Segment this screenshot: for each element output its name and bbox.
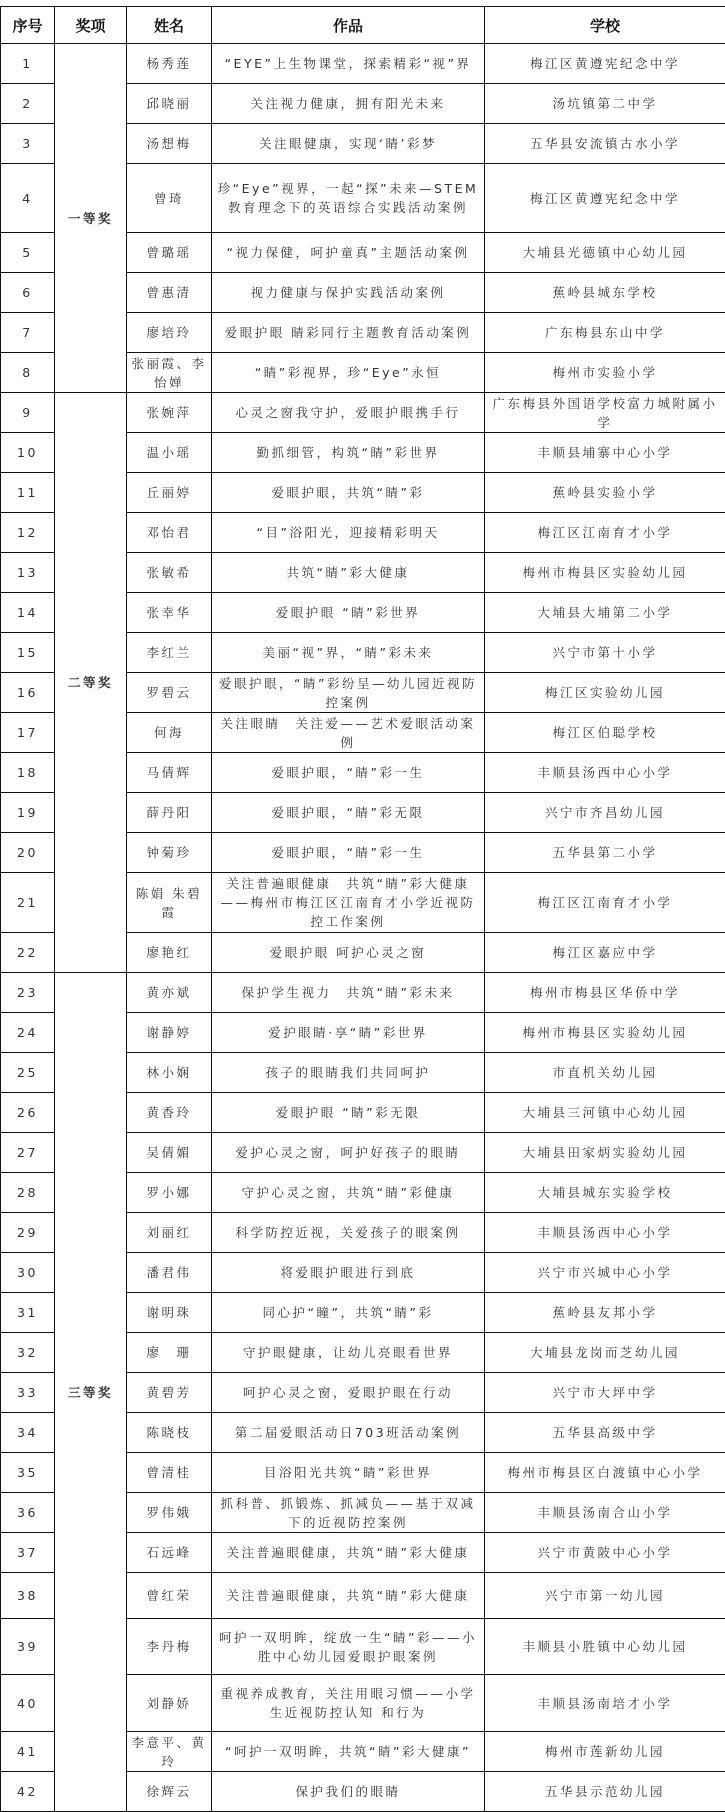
- school-name: 梅江区江南育才小学: [485, 873, 725, 933]
- work-title: 孩子的眼睛我们共同呵护: [212, 1053, 485, 1093]
- work-title: 爱眼护眼，“睛”彩纷呈—幼儿园近视防控案例: [212, 673, 485, 713]
- row-number: 32: [1, 1333, 55, 1373]
- school-name: 丰顺县小胜镇中心幼儿园: [485, 1619, 725, 1675]
- work-title: 守护心灵之窗，共筑“睛”彩健康: [212, 1173, 485, 1213]
- work-title: 爱眼护眼 “睛”彩世界: [212, 593, 485, 633]
- row-number: 41: [1, 1732, 55, 1772]
- author-name: 徐辉云: [127, 1772, 212, 1812]
- row-number: 12: [1, 513, 55, 553]
- row-number: 17: [1, 713, 55, 753]
- school-name: 梅江区黄遵宪纪念中学: [485, 44, 725, 84]
- school-name: 丰顺县汤南培才小学: [485, 1675, 725, 1732]
- school-name: 汤坑镇第二中学: [485, 84, 725, 124]
- work-title: 爱眼护眼 呵护心灵之窗: [212, 933, 485, 973]
- author-name: 丘丽婷: [127, 473, 212, 513]
- row-number: 40: [1, 1675, 55, 1732]
- author-name: 李意平、黄玲: [127, 1732, 212, 1772]
- work-title: 关注普遍眼健康，共筑“睛”彩大健康: [212, 1533, 485, 1573]
- author-name: 谢静婷: [127, 1013, 212, 1053]
- row-number: 5: [1, 233, 55, 273]
- work-title: “视力保健，呵护童真”主题活动案例: [212, 233, 485, 273]
- header-name: 姓名: [127, 7, 212, 44]
- author-name: 陈晓枝: [127, 1413, 212, 1453]
- table-row: 23三等奖黄亦斌保护学生视力 共筑“睛”彩未来梅州市梅县区华侨中学: [1, 973, 725, 1013]
- school-name: 梅江区嘉应中学: [485, 933, 725, 973]
- work-title: 保护我们的眼睛: [212, 1772, 485, 1812]
- author-name: 张敏希: [127, 553, 212, 593]
- work-title: 目浴阳光共筑“睛”彩世界: [212, 1453, 485, 1493]
- author-name: 张丽霞、李怡婵: [127, 353, 212, 393]
- table-body: 1一等奖杨秀莲“EYE”上生物课堂，探索精彩“视”界梅江区黄遵宪纪念中学2邱晓丽…: [1, 44, 725, 1812]
- work-title: 爱眼护眼，“睛”彩一生: [212, 753, 485, 793]
- author-name: 廖培玲: [127, 313, 212, 353]
- work-title: “呵护一双明眸，共筑“睛”彩大健康”: [212, 1732, 485, 1772]
- school-name: 五华县高级中学: [485, 1413, 725, 1453]
- work-title: 第二届爱眼活动日703班活动案例: [212, 1413, 485, 1453]
- school-name: 梅江区江南育才小学: [485, 513, 725, 553]
- work-title: 爱眼护眼，“睛”彩一生: [212, 833, 485, 873]
- row-number: 22: [1, 933, 55, 973]
- author-name: 黄碧芳: [127, 1373, 212, 1413]
- author-name: 曾璐瑶: [127, 233, 212, 273]
- row-number: 13: [1, 553, 55, 593]
- work-title: 抓科普、抓锻炼、抓减负——基于双减下的近视防控案例: [212, 1493, 485, 1533]
- row-number: 29: [1, 1213, 55, 1253]
- school-name: 广东梅县东山中学: [485, 313, 725, 353]
- school-name: 梅江区黄遵宪纪念中学: [485, 164, 725, 233]
- school-name: 梅州市实验小学: [485, 353, 725, 393]
- award-level: 三等奖: [55, 973, 127, 1812]
- author-name: 曾琦: [127, 164, 212, 233]
- row-number: 2: [1, 84, 55, 124]
- author-name: 潘君伟: [127, 1253, 212, 1293]
- row-number: 18: [1, 753, 55, 793]
- row-number: 38: [1, 1573, 55, 1619]
- work-title: 关注普遍眼健康 共筑“睛”彩大健康——梅州市梅江区江南育才小学近视防控工作案例: [212, 873, 485, 933]
- school-name: 兴宁市黄陂中心小学: [485, 1533, 725, 1573]
- school-name: 兴宁市第一幼儿园: [485, 1573, 725, 1619]
- row-number: 15: [1, 633, 55, 673]
- author-name: 杨秀莲: [127, 44, 212, 84]
- row-number: 26: [1, 1093, 55, 1133]
- row-number: 25: [1, 1053, 55, 1093]
- school-name: 五华县第二小学: [485, 833, 725, 873]
- author-name: 张幸华: [127, 593, 212, 633]
- school-name: 大埔县三河镇中心幼儿园: [485, 1093, 725, 1133]
- work-title: 关注普遍眼健康，共筑“睛”彩大健康: [212, 1573, 485, 1619]
- work-title: “目”浴阳光，迎接精彩明天: [212, 513, 485, 553]
- row-number: 28: [1, 1173, 55, 1213]
- school-name: 大埔县城东实验学校: [485, 1173, 725, 1213]
- work-title: 勤抓细管，构筑“睛”彩世界: [212, 433, 485, 473]
- work-title: 美丽“视”界，“睛”彩未来: [212, 633, 485, 673]
- school-name: 丰顺县汤西中心小学: [485, 753, 725, 793]
- author-name: 黄亦斌: [127, 973, 212, 1013]
- table-row: 1一等奖杨秀莲“EYE”上生物课堂，探索精彩“视”界梅江区黄遵宪纪念中学: [1, 44, 725, 84]
- school-name: 蕉岭县友邦小学: [485, 1293, 725, 1333]
- row-number: 34: [1, 1413, 55, 1453]
- work-title: 心灵之窗我守护，爱眼护眼携手行: [212, 393, 485, 433]
- school-name: 丰顺县汤西中心小学: [485, 1213, 725, 1253]
- row-number: 23: [1, 973, 55, 1013]
- work-title: 爱护眼睛·享“睛”彩世界: [212, 1013, 485, 1053]
- header-school: 学校: [485, 7, 725, 44]
- author-name: 廖艳红: [127, 933, 212, 973]
- row-number: 39: [1, 1619, 55, 1675]
- work-title: 重视养成教育，关注用眼习惯——小学生近视防控认知 和行为: [212, 1675, 485, 1732]
- work-title: 呵护一双明眸，绽放一生“睛”彩——小胜中心幼儿园爱眼护眼案例: [212, 1619, 485, 1675]
- row-number: 42: [1, 1772, 55, 1812]
- school-name: 兴宁市大坪中学: [485, 1373, 725, 1413]
- school-name: 大埔县大埔第二小学: [485, 593, 725, 633]
- author-name: 马倩辉: [127, 753, 212, 793]
- author-name: 石远峰: [127, 1533, 212, 1573]
- author-name: 曾清桂: [127, 1453, 212, 1493]
- work-title: 爱眼护眼，“睛”彩无限: [212, 793, 485, 833]
- work-title: 同心护“瞳”，共筑“睛”彩: [212, 1293, 485, 1333]
- row-number: 37: [1, 1533, 55, 1573]
- row-number: 10: [1, 433, 55, 473]
- awards-table: 序号 奖项 姓名 作品 学校 1一等奖杨秀莲“EYE”上生物课堂，探索精彩“视”…: [0, 6, 725, 1812]
- school-name: 广东梅县外国语学校富力城附属小学: [485, 393, 725, 433]
- school-name: 蕉岭县实验小学: [485, 473, 725, 513]
- work-title: 视力健康与保护实践活动案例: [212, 273, 485, 313]
- school-name: 梅州市梅县区白渡镇中心小学: [485, 1453, 725, 1493]
- author-name: 张婉萍: [127, 393, 212, 433]
- row-number: 8: [1, 353, 55, 393]
- row-number: 30: [1, 1253, 55, 1293]
- school-name: 丰顺县汤南合山小学: [485, 1493, 725, 1533]
- work-title: 爱眼护眼 睛彩同行主题教育活动案例: [212, 313, 485, 353]
- author-name: 李红兰: [127, 633, 212, 673]
- school-name: 兴宁市齐昌幼儿园: [485, 793, 725, 833]
- header-row: 序号 奖项 姓名 作品 学校: [1, 7, 725, 44]
- row-number: 36: [1, 1493, 55, 1533]
- author-name: 罗小娜: [127, 1173, 212, 1213]
- row-number: 14: [1, 593, 55, 633]
- school-name: 大埔县龙岗而芝幼儿园: [485, 1333, 725, 1373]
- row-number: 19: [1, 793, 55, 833]
- work-title: “EYE”上生物课堂，探索精彩“视”界: [212, 44, 485, 84]
- work-title: 爱眼护眼 “睛”彩无限: [212, 1093, 485, 1133]
- row-number: 27: [1, 1133, 55, 1173]
- row-number: 31: [1, 1293, 55, 1333]
- author-name: 刘丽红: [127, 1213, 212, 1253]
- row-number: 24: [1, 1013, 55, 1053]
- author-name: 李丹梅: [127, 1619, 212, 1675]
- author-name: 薛丹阳: [127, 793, 212, 833]
- author-name: 廖 珊: [127, 1333, 212, 1373]
- school-name: 兴宁市兴城中心小学: [485, 1253, 725, 1293]
- author-name: 陈娟 朱碧霞: [127, 873, 212, 933]
- author-name: 曾红荣: [127, 1573, 212, 1619]
- school-name: 丰顺县埔寨中心小学: [485, 433, 725, 473]
- author-name: 邓怡君: [127, 513, 212, 553]
- work-title: 关注眼睛 关注爱——艺术爱眼活动案例: [212, 713, 485, 753]
- school-name: 兴宁市第十小学: [485, 633, 725, 673]
- author-name: 汤想梅: [127, 124, 212, 164]
- work-title: 关注视力健康，拥有阳光未来: [212, 84, 485, 124]
- row-number: 35: [1, 1453, 55, 1493]
- school-name: 梅州市梅县区华侨中学: [485, 973, 725, 1013]
- author-name: 曾惠清: [127, 273, 212, 313]
- row-number: 20: [1, 833, 55, 873]
- work-title: 科学防控近视，关爱孩子的眼案例: [212, 1213, 485, 1253]
- header-number: 序号: [1, 7, 55, 44]
- author-name: 钟菊珍: [127, 833, 212, 873]
- school-name: 梅江区伯聪学校: [485, 713, 725, 753]
- author-name: 罗伟娥: [127, 1493, 212, 1533]
- work-title: 共筑“睛”彩大健康: [212, 553, 485, 593]
- work-title: 关注眼健康，实现‘睛’彩梦: [212, 124, 485, 164]
- work-title: 守护眼健康，让幼儿亮眼看世界: [212, 1333, 485, 1373]
- author-name: 何海: [127, 713, 212, 753]
- author-name: 刘静娇: [127, 1675, 212, 1732]
- row-number: 7: [1, 313, 55, 353]
- work-title: 将爱眼护眼进行到底: [212, 1253, 485, 1293]
- work-title: 呵护心灵之窗，爱眼护眼在行动: [212, 1373, 485, 1413]
- school-name: 蕉岭县城东学校: [485, 273, 725, 313]
- header-work: 作品: [212, 7, 485, 44]
- row-number: 3: [1, 124, 55, 164]
- school-name: 市直机关幼儿园: [485, 1053, 725, 1093]
- work-title: 珍“Eye”视界，一起“探”未来—STEM教育理念下的英语综合实践活动案例: [212, 164, 485, 233]
- school-name: 五华县安流镇古水小学: [485, 124, 725, 164]
- award-level: 二等奖: [55, 393, 127, 973]
- school-name: 梅州市莲新幼儿园: [485, 1732, 725, 1772]
- work-title: 保护学生视力 共筑“睛”彩未来: [212, 973, 485, 1013]
- author-name: 黄香玲: [127, 1093, 212, 1133]
- row-number: 6: [1, 273, 55, 313]
- work-title: 爱护心灵之窗，呵护好孩子的眼睛: [212, 1133, 485, 1173]
- row-number: 16: [1, 673, 55, 713]
- row-number: 9: [1, 393, 55, 433]
- school-name: 梅州市梅县区实验幼儿园: [485, 553, 725, 593]
- row-number: 1: [1, 44, 55, 84]
- header-award: 奖项: [55, 7, 127, 44]
- author-name: 林小娴: [127, 1053, 212, 1093]
- row-number: 33: [1, 1373, 55, 1413]
- row-number: 21: [1, 873, 55, 933]
- row-number: 4: [1, 164, 55, 233]
- row-number: 11: [1, 473, 55, 513]
- award-level: 一等奖: [55, 44, 127, 393]
- school-name: 梅州市梅县区实验幼儿园: [485, 1013, 725, 1053]
- work-title: “睛”彩视界，珍“Eye”永恒: [212, 353, 485, 393]
- school-name: 大埔县光德镇中心幼儿园: [485, 233, 725, 273]
- author-name: 谢明珠: [127, 1293, 212, 1333]
- author-name: 罗碧云: [127, 673, 212, 713]
- school-name: 大埔县田家炳实验幼儿园: [485, 1133, 725, 1173]
- school-name: 梅江区实验幼儿园: [485, 673, 725, 713]
- author-name: 邱晓丽: [127, 84, 212, 124]
- author-name: 吴倩媚: [127, 1133, 212, 1173]
- author-name: 温小瑶: [127, 433, 212, 473]
- table-row: 9二等奖张婉萍心灵之窗我守护，爱眼护眼携手行广东梅县外国语学校富力城附属小学: [1, 393, 725, 433]
- work-title: 爱眼护眼，共筑“睛”彩: [212, 473, 485, 513]
- school-name: 五华县示范幼儿园: [485, 1772, 725, 1812]
